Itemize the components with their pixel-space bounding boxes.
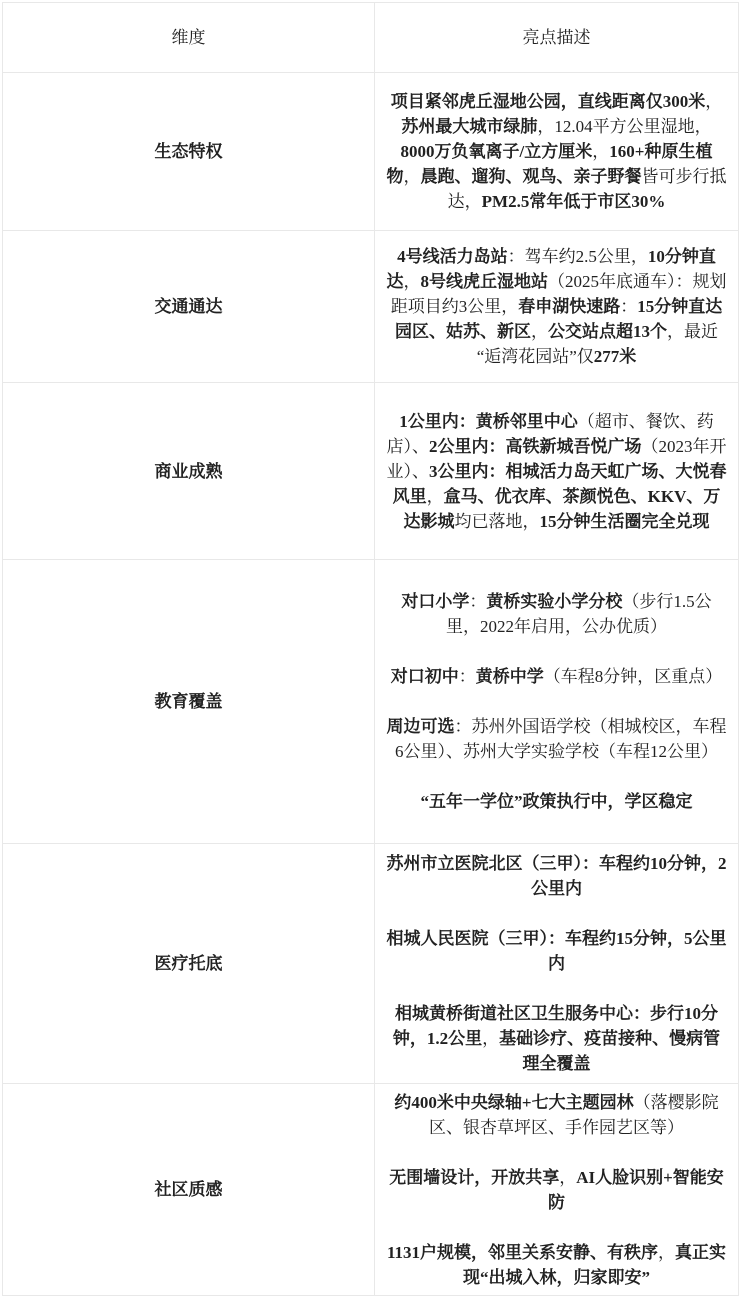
highlight-paragraph: 相城人民医院（三甲）：车程约15分钟，5公里内 (385, 926, 728, 976)
highlight-cell: 1公里内：黄桥邻里中心（超市、餐饮、药店）、2公里内：高铁新城吾悦广场（2023… (375, 383, 739, 560)
dimension-header: 维度 (3, 3, 375, 73)
highlight-cell: 项目紧邻虎丘湿地公园，直线距离仅300米，苏州最大城市绿肺，12.04平方公里湿… (375, 73, 739, 231)
page: 维度 亮点描述 生态特权 项目紧邻虎丘湿地公园，直线距离仅300米，苏州最大城市… (0, 0, 740, 1298)
highlight-cell: 苏州市立医院北区（三甲）：车程约10分钟，2公里内相城人民医院（三甲）：车程约1… (375, 844, 739, 1084)
dimension-cell: 社区质感 (3, 1084, 375, 1296)
highlight-paragraph: 项目紧邻虎丘湿地公园，直线距离仅300米，苏州最大城市绿肺，12.04平方公里湿… (385, 89, 728, 214)
dimension-cell: 教育覆盖 (3, 560, 375, 844)
table-row-medical: 医疗托底 苏州市立医院北区（三甲）：车程约10分钟，2公里内相城人民医院（三甲）… (3, 844, 739, 1084)
highlight-paragraph: “五年一学位”政策执行中，学区稳定 (385, 789, 728, 814)
dimension-cell: 生态特权 (3, 73, 375, 231)
highlight-paragraph: 1公里内：黄桥邻里中心（超市、餐饮、药店）、2公里内：高铁新城吾悦广场（2023… (385, 409, 728, 534)
highlight-paragraph: 苏州市立医院北区（三甲）：车程约10分钟，2公里内 (385, 851, 728, 901)
highlights-table: 维度 亮点描述 生态特权 项目紧邻虎丘湿地公园，直线距离仅300米，苏州最大城市… (2, 2, 739, 1296)
highlights-header: 亮点描述 (375, 3, 739, 73)
highlight-paragraph: 相城黄桥街道社区卫生服务中心：步行10分钟，1.2公里，基础诊疗、疫苗接种、慢病… (385, 1001, 728, 1076)
highlight-paragraph: 对口小学：黄桥实验小学分校（步行1.5公里，2022年启用，公办优质） (385, 589, 728, 639)
dimension-cell: 医疗托底 (3, 844, 375, 1084)
table-row-community: 社区质感 约400米中央绿轴+七大主题园林（落樱影院区、银杏草坪区、手作园艺区等… (3, 1084, 739, 1296)
highlight-paragraph: 4号线活力岛站：驾车约2.5公里，10分钟直达，8号线虎丘湿地站（2025年底通… (385, 244, 728, 369)
table-row-education: 教育覆盖 对口小学：黄桥实验小学分校（步行1.5公里，2022年启用，公办优质）… (3, 560, 739, 844)
highlight-paragraph: 无围墙设计，开放共享，AI人脸识别+智能安防 (385, 1165, 728, 1215)
highlight-paragraph: 约400米中央绿轴+七大主题园林（落樱影院区、银杏草坪区、手作园艺区等） (385, 1090, 728, 1140)
table-body: 生态特权 项目紧邻虎丘湿地公园，直线距离仅300米，苏州最大城市绿肺，12.04… (3, 73, 739, 1296)
table-row-ecology: 生态特权 项目紧邻虎丘湿地公园，直线距离仅300米，苏州最大城市绿肺，12.04… (3, 73, 739, 231)
table-row-commerce: 商业成熟 1公里内：黄桥邻里中心（超市、餐饮、药店）、2公里内：高铁新城吾悦广场… (3, 383, 739, 560)
highlight-cell: 4号线活力岛站：驾车约2.5公里，10分钟直达，8号线虎丘湿地站（2025年底通… (375, 231, 739, 383)
header-row: 维度 亮点描述 (3, 3, 739, 73)
table-header: 维度 亮点描述 (3, 3, 739, 73)
highlight-paragraph: 周边可选：苏州外国语学校（相城校区，车程6公里）、苏州大学实验学校（车程12公里… (385, 714, 728, 764)
dimension-cell: 商业成熟 (3, 383, 375, 560)
table-row-transport: 交通通达 4号线活力岛站：驾车约2.5公里，10分钟直达，8号线虎丘湿地站（20… (3, 231, 739, 383)
dimension-cell: 交通通达 (3, 231, 375, 383)
highlight-cell: 对口小学：黄桥实验小学分校（步行1.5公里，2022年启用，公办优质）对口初中：… (375, 560, 739, 844)
highlight-paragraph: 对口初中：黄桥中学（车程8分钟，区重点） (385, 664, 728, 689)
highlight-cell: 约400米中央绿轴+七大主题园林（落樱影院区、银杏草坪区、手作园艺区等）无围墙设… (375, 1084, 739, 1296)
highlight-paragraph: 1131户规模，邻里关系安静、有秩序，真正实现“出城入林，归家即安” (385, 1240, 728, 1290)
